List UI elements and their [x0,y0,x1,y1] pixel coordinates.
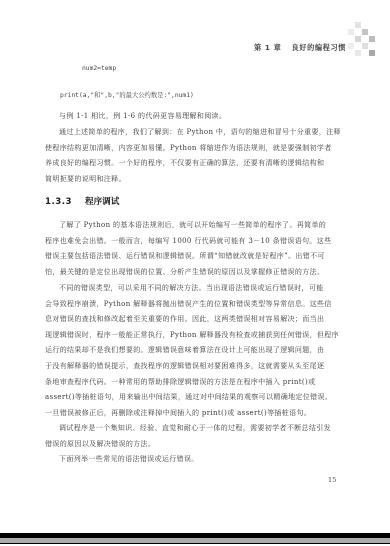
code-line: print(a,"和",b,"的最大公约数是:",num1) [60,90,194,99]
paragraph: 通过上述简单的程序，我们了解到：在 Python 中，语句的缩进和冒号十分重要，… [45,125,341,187]
paragraph: 与例 1-1 相比，例 1-6 的代码更容易理解和阅读。 [45,109,341,125]
text-line: 了解了 Python 的基本语法规则后，就可以开始编写一些简单的程序了。再简单的 [45,218,341,234]
text-line: 一旦错误被修正后，再删除或注释掉中间插入的 print()或 assert()等… [45,406,341,422]
text-line: 会导致程序崩溃，Python 解释器将抛出错误产生的位置和错误类型等异常信息。这… [45,297,341,313]
text-line: 错误主要包括语法错误、运行错误和逻辑错误。所谓“知错就改就是好程序”。出错不可 [45,249,341,265]
paragraph: 了解了 Python 的基本语法规则后，就可以开始编写一些简单的程序了。再简单的… [45,218,341,280]
running-header: 第 1 章 良好的编程习惯 [254,43,346,53]
chapter-title: 良好的编程习惯 [292,43,347,52]
text-line: 使程序结构更加清晰，内容更加易懂。Python 将缩进作为语法规则，就是要强制初… [45,141,341,157]
text-line: 怕，最关键的是定位出现错误的位置、分析产生错误的原因以及掌握修正错误的方法。 [45,265,341,281]
text-line: 养成良好的编程习惯。一个好的程序，不仅要有正确的算法，还要有清晰的逻辑结构和 [45,156,341,172]
book-page: 第 1 章 良好的编程习惯 num2=temp print(a,"和",b,"的… [0,0,390,546]
text-line: 运行的结果却不是我们想要的。逻辑错误意味着算法在设计上可能出现了逻辑问题，由 [45,343,341,359]
text-line: 通过上述简单的程序，我们了解到：在 Python 中，语句的缩进和冒号十分重要，… [45,125,341,141]
text-line: 息对错误的查找和修改起着至关重要的作用。因此，这两类错误相对容易解决；而当出 [45,312,341,328]
text-line: 条地审查程序代码。一种常用的帮助排除逻辑错误的方法是在程序中插入 print()… [45,375,341,391]
bottom-border-line [0,543,390,544]
text-line: 不同的错误类型，可以采用不同的解决方法。当出现语法错误或运行错误时，可能 [45,281,341,297]
text-line: 与例 1-1 相比，例 1-6 的代码更容易理解和阅读。 [45,109,341,125]
section-title: 程序调试 [85,197,119,207]
text-line: assert()等插桩语句，用来输出中间结果，通过对中间结果的观察可以精确地定位… [45,390,341,406]
text-line: 简明扼要的说明和注释。 [45,172,341,188]
text-line: 错误的原因以及解决错误的方法。 [45,437,341,453]
section-number: 1.3.3 [45,197,72,207]
text-line: 程序也难免会出错。一般而言，每编写 1000 行代码就可能有 3－10 条错误语… [45,234,341,250]
text-line: 于没有解释器的错误提示，查找程序的逻辑错误相对要困难得多，这就需要从头至尾逐 [45,359,341,375]
text-line: 现逻辑错误时，程序一般能正常执行，Python 解释器没有检查或捕获到任何错误，… [45,328,341,344]
text-line: 下面列举一些常见的语法错误或运行错误。 [45,452,341,468]
paragraph: 不同的错误类型，可以采用不同的解决方法。当出现语法错误或运行错误时，可能 会导致… [45,281,341,421]
paragraph: 下面列举一些常见的语法错误或运行错误。 [45,452,341,468]
paragraph: 调试程序是一个集知识、经验、直觉和耐心于一体的过程，需要初学者不断总结引发 错误… [45,421,341,452]
code-line: num2=temp [82,65,116,72]
chapter-number: 第 1 章 [254,43,281,52]
text-line: 调试程序是一个集知识、经验、直觉和耐心于一体的过程，需要初学者不断总结引发 [45,421,341,437]
section-heading: 1.3.3 程序调试 [45,195,119,207]
page-number: 15 [328,476,336,484]
